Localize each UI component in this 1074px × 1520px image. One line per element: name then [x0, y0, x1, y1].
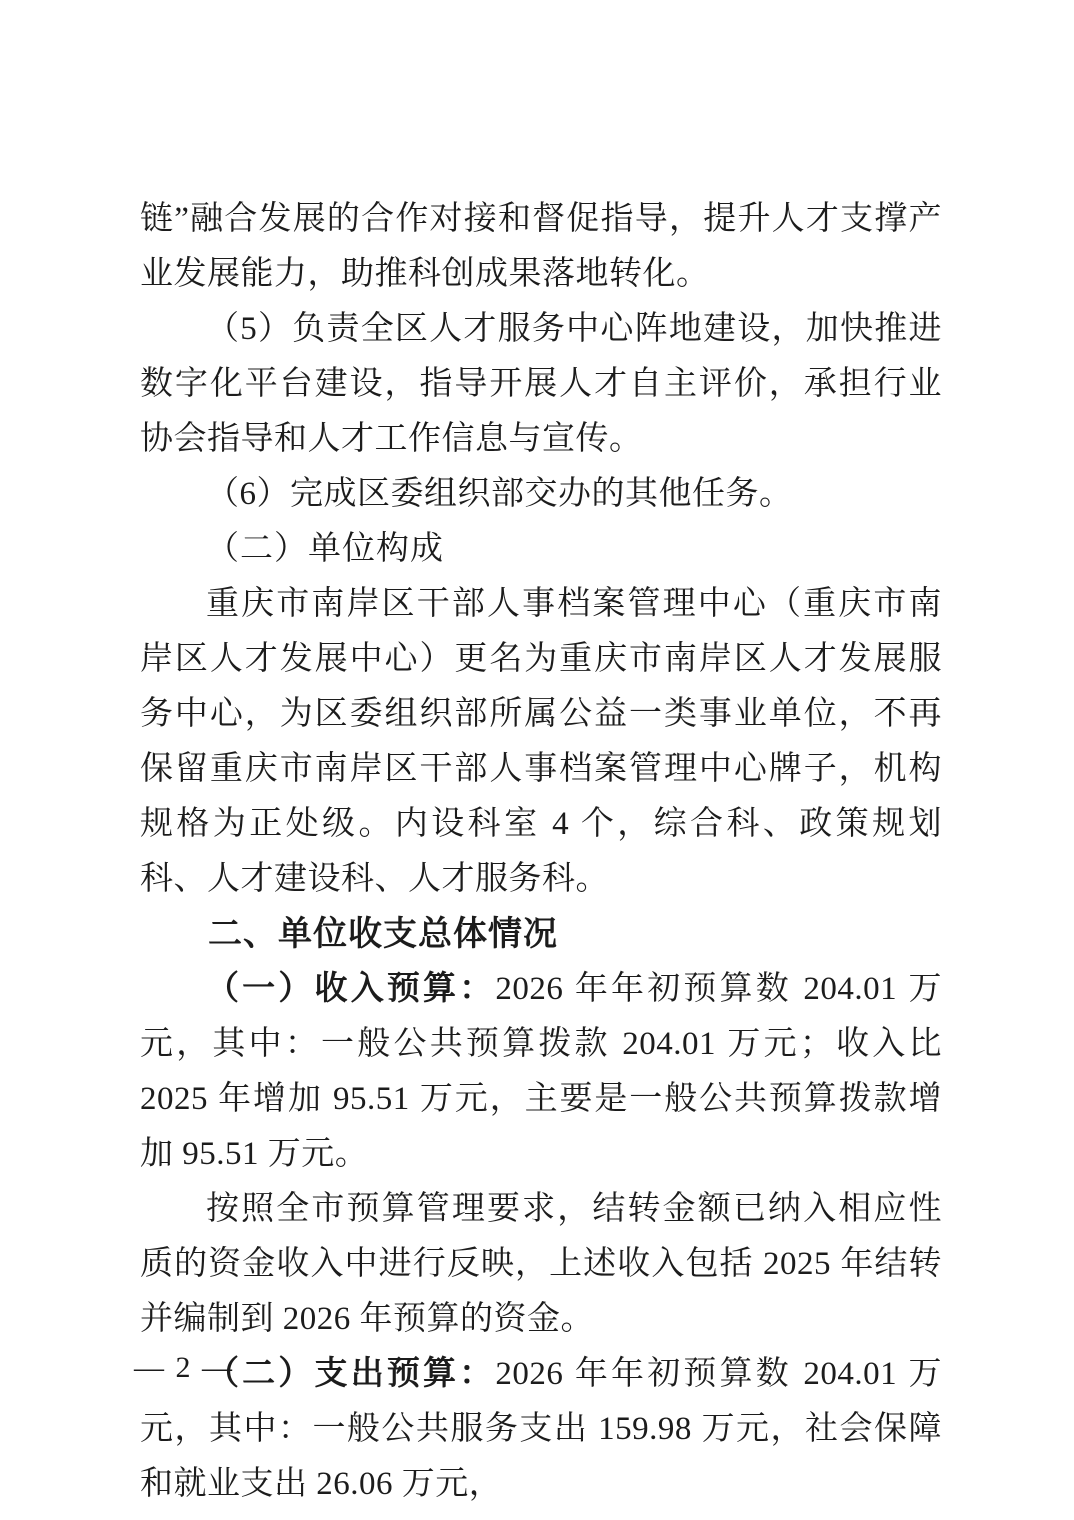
paragraph-chain-fusion: 链”融合发展的合作对接和督促指导，提升人才支撑产业发展能力，助推科创成果落地转化…: [140, 192, 942, 302]
expenditure-budget-lead-label: （二）支出预算：: [206, 1356, 495, 1392]
section-heading-budget-overview: 二、单位收支总体情况: [140, 907, 942, 962]
paragraph-unit-composition: 重庆市南岸区干部人事档案管理中心（重庆市南岸区人才发展中心）更名为重庆市南岸区人…: [140, 577, 942, 907]
paragraph-budget-note: 按照全市预算管理要求，结转金额已纳入相应性质的资金收入中进行反映，上述收入包括 …: [140, 1182, 942, 1347]
paragraph-duty-6: （6）完成区委组织部交办的其他任务。: [140, 467, 942, 522]
subsection-heading-unit-composition: （二）单位构成: [140, 522, 942, 577]
income-budget-lead-label: （一）收入预算：: [206, 971, 495, 1007]
paragraph-duty-5: （5）负责全区人才服务中心阵地建设，加快推进数字化平台建设，指导开展人才自主评价…: [140, 302, 942, 467]
paragraph-income-budget: （一）收入预算：2026 年年初预算数 204.01 万元，其中：一般公共预算拨…: [140, 962, 942, 1182]
document-page: 链”融合发展的合作对接和督促指导，提升人才支撑产业发展能力，助推科创成果落地转化…: [0, 0, 1074, 1520]
paragraph-expenditure-budget: （二）支出预算：2026 年年初预算数 204.01 万元，其中：一般公共服务支…: [140, 1347, 942, 1512]
page-number: — 2 —: [134, 1348, 234, 1388]
document-body: 链”融合发展的合作对接和督促指导，提升人才支撑产业发展能力，助推科创成果落地转化…: [140, 192, 942, 1512]
